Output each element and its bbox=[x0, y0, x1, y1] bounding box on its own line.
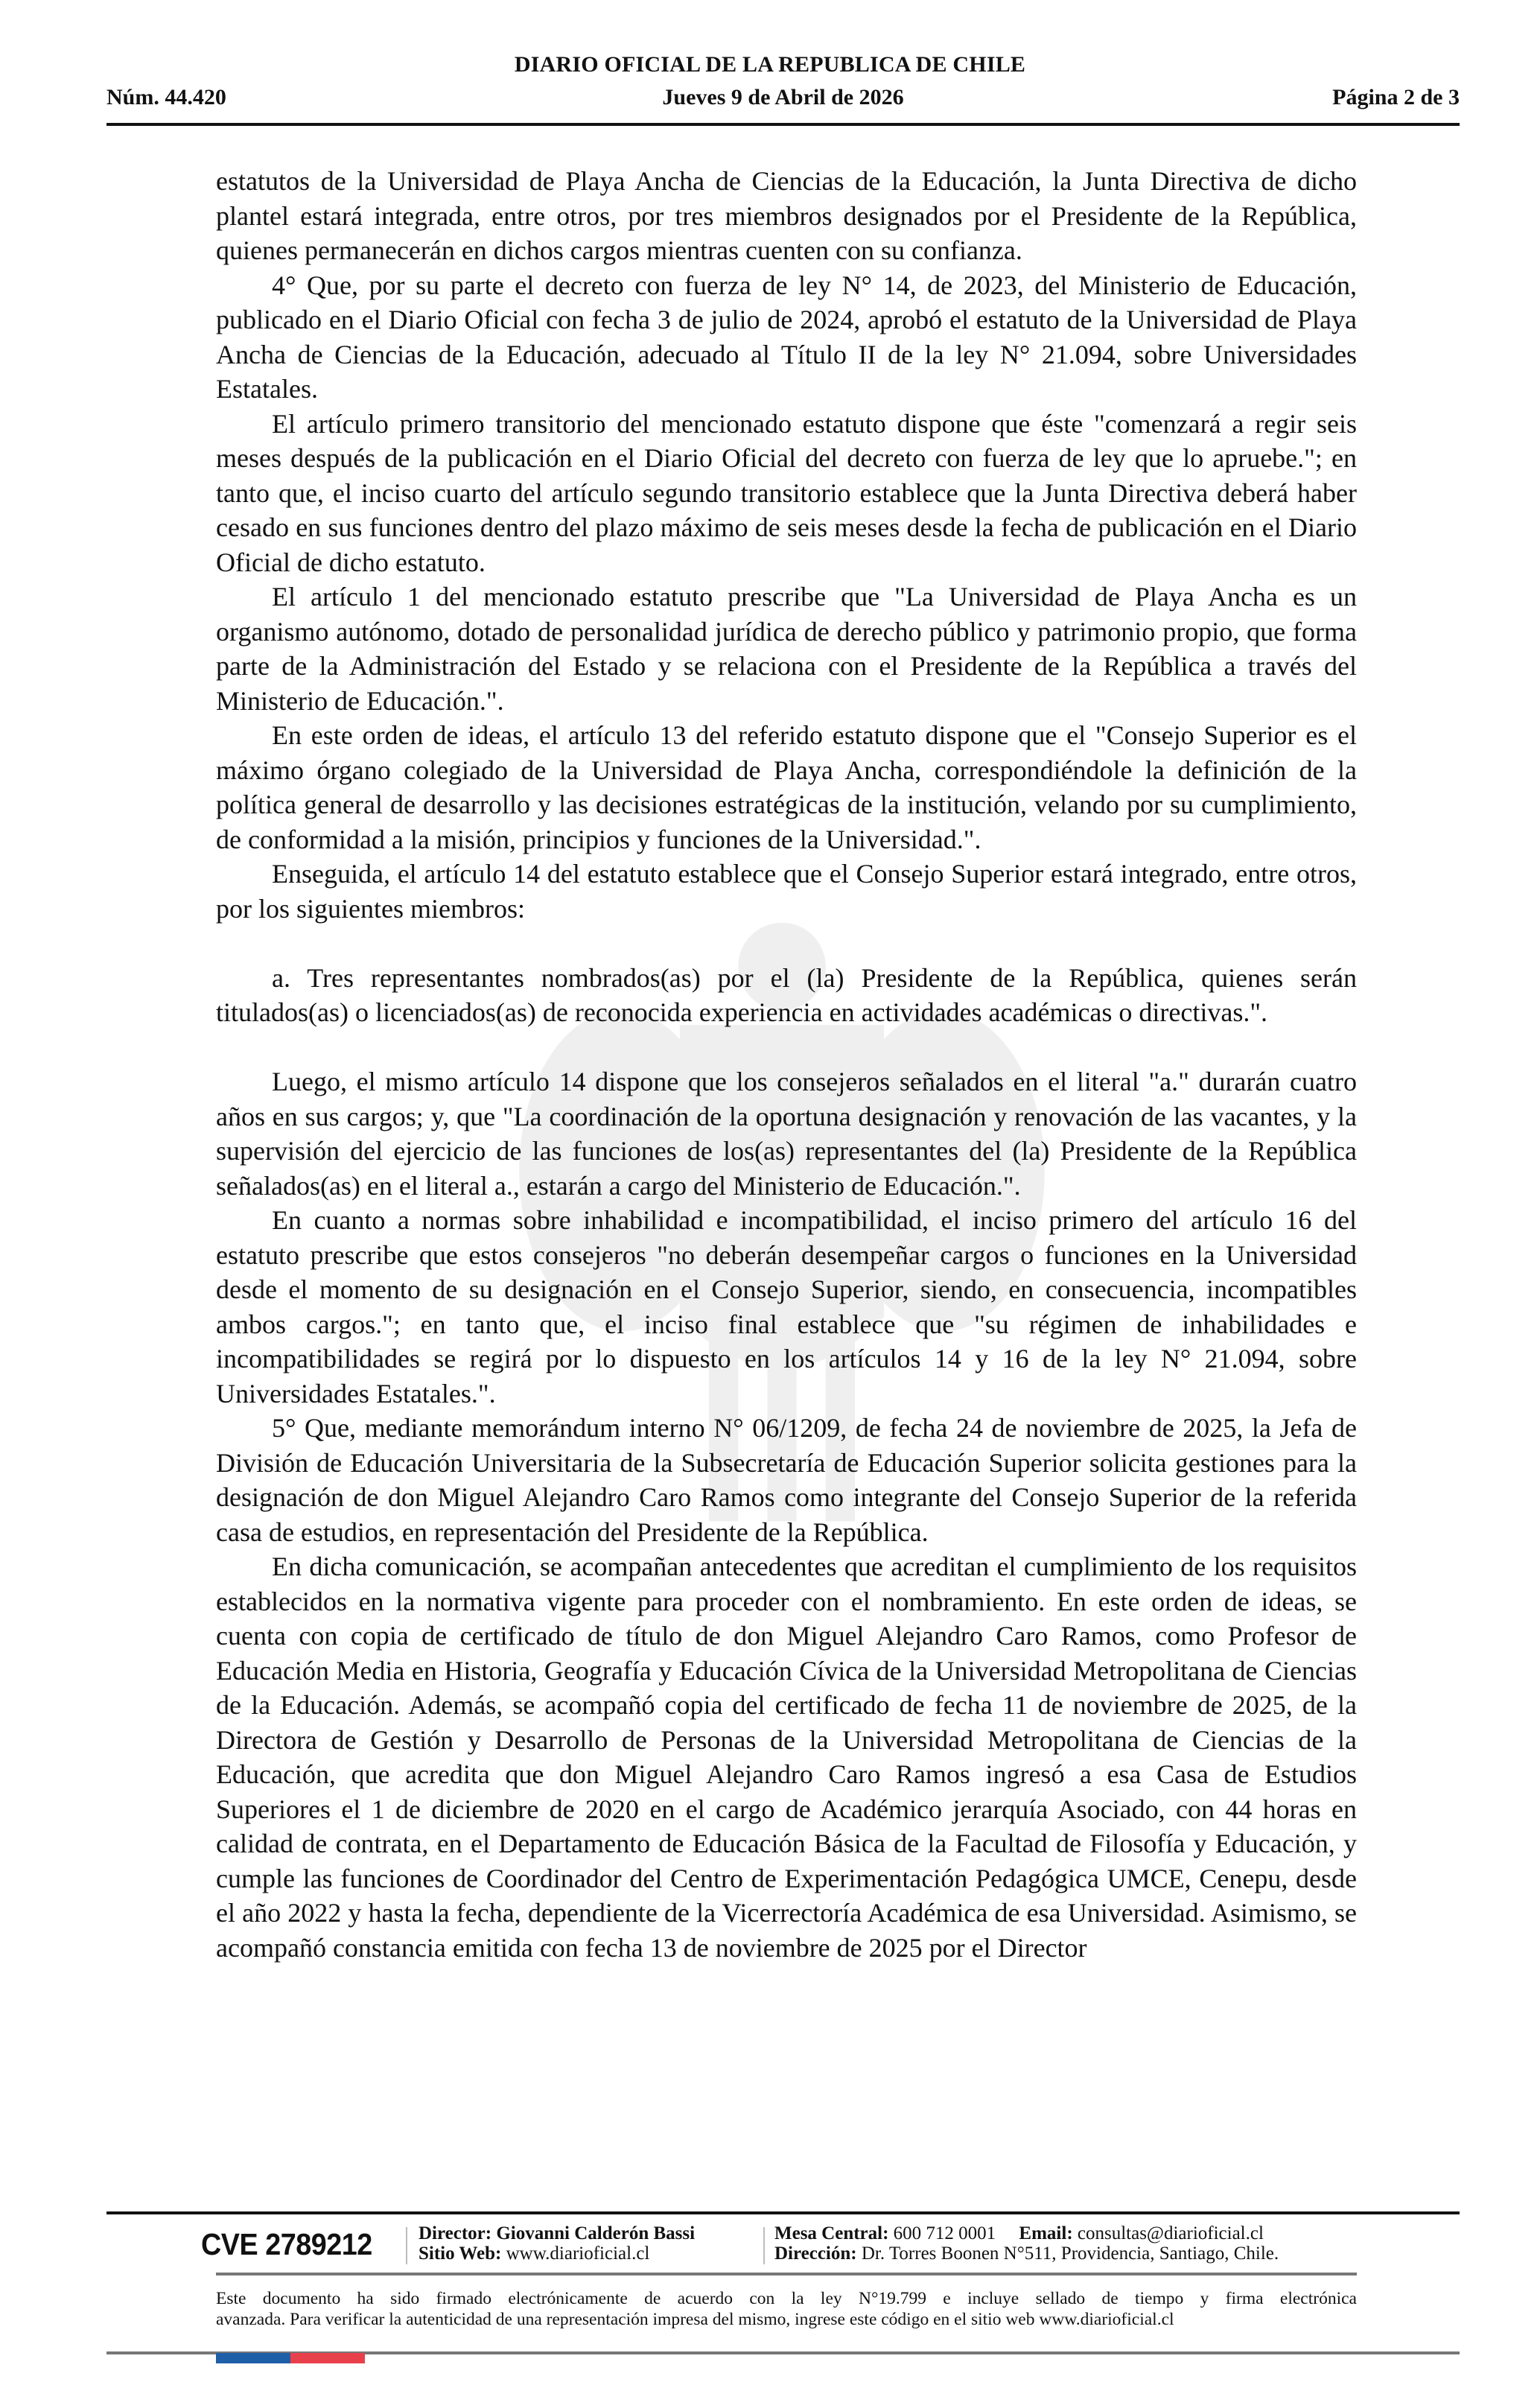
flag-stripe-red bbox=[290, 2353, 365, 2363]
footer-contact-block: Mesa Central: 600 712 0001 Email: consul… bbox=[774, 2223, 1279, 2264]
cve-code: CVE 2789212 bbox=[201, 2227, 372, 2262]
newspaper-title: DIARIO OFICIAL DE LA REPUBLICA DE CHILE bbox=[0, 52, 1540, 77]
page-indicator: Página 2 de 3 bbox=[1332, 85, 1460, 110]
address-value: Dr. Torres Boonen N°511, Providencia, Sa… bbox=[862, 2243, 1279, 2264]
signature-note-line-1: Este documento ha sido firmado electróni… bbox=[216, 2288, 1357, 2309]
signature-note-line-2: avanzada. Para verificar la autenticidad… bbox=[216, 2309, 1357, 2330]
flag-stripe-blue bbox=[216, 2353, 290, 2363]
paragraph: En cuanto a normas sobre inhabilidad e i… bbox=[216, 1203, 1357, 1411]
phone-number: 600 712 0001 bbox=[894, 2223, 996, 2243]
header-divider bbox=[106, 123, 1460, 126]
quoted-list-item-a: a. Tres representantes nombrados(as) por… bbox=[216, 961, 1357, 1030]
address-label: Dirección: bbox=[774, 2243, 857, 2264]
header-info-row: Núm. 44.420 Jueves 9 de Abril de 2026 Pá… bbox=[106, 85, 1460, 115]
email-label: Email: bbox=[1019, 2223, 1072, 2243]
paragraph: En este orden de ideas, el artículo 13 d… bbox=[216, 718, 1357, 857]
paragraph: Luego, el mismo artículo 14 dispone que … bbox=[216, 1064, 1357, 1203]
website-label: Sitio Web: bbox=[419, 2243, 501, 2264]
document-body: estatutos de la Universidad de Playa Anc… bbox=[216, 164, 1357, 1965]
paragraph: Enseguida, el artículo 14 del estatuto e… bbox=[216, 857, 1357, 926]
footer-separator bbox=[406, 2227, 407, 2264]
director-name: Giovanni Calderón Bassi bbox=[496, 2223, 695, 2243]
footer-separator bbox=[763, 2227, 765, 2264]
issue-date: Jueves 9 de Abril de 2026 bbox=[106, 85, 1460, 110]
paragraph: El artículo 1 del mencionado estatuto pr… bbox=[216, 579, 1357, 718]
website-link[interactable]: www.diarioficial.cl bbox=[506, 2243, 650, 2264]
director-label: Director: bbox=[419, 2223, 491, 2243]
paragraph-considerando-5: 5° Que, mediante memorándum interno N° 0… bbox=[216, 1411, 1357, 1549]
phone-label: Mesa Central: bbox=[774, 2223, 888, 2243]
paragraph: estatutos de la Universidad de Playa Anc… bbox=[216, 164, 1357, 268]
paragraph: En dicha comunicación, se acompañan ante… bbox=[216, 1549, 1357, 1965]
email-link[interactable]: consultas@diarioficial.cl bbox=[1078, 2223, 1264, 2243]
paragraph: El artículo primero transitorio del menc… bbox=[216, 407, 1357, 580]
electronic-signature-note: Este documento ha sido firmado electróni… bbox=[216, 2288, 1357, 2330]
paragraph-considerando-4: 4° Que, por su parte el decreto con fuer… bbox=[216, 268, 1357, 407]
footer-divider-middle bbox=[216, 2273, 1357, 2276]
footer-divider-top bbox=[106, 2211, 1460, 2214]
footer-director-block: Director: Giovanni Calderón Bassi Sitio … bbox=[419, 2223, 695, 2264]
